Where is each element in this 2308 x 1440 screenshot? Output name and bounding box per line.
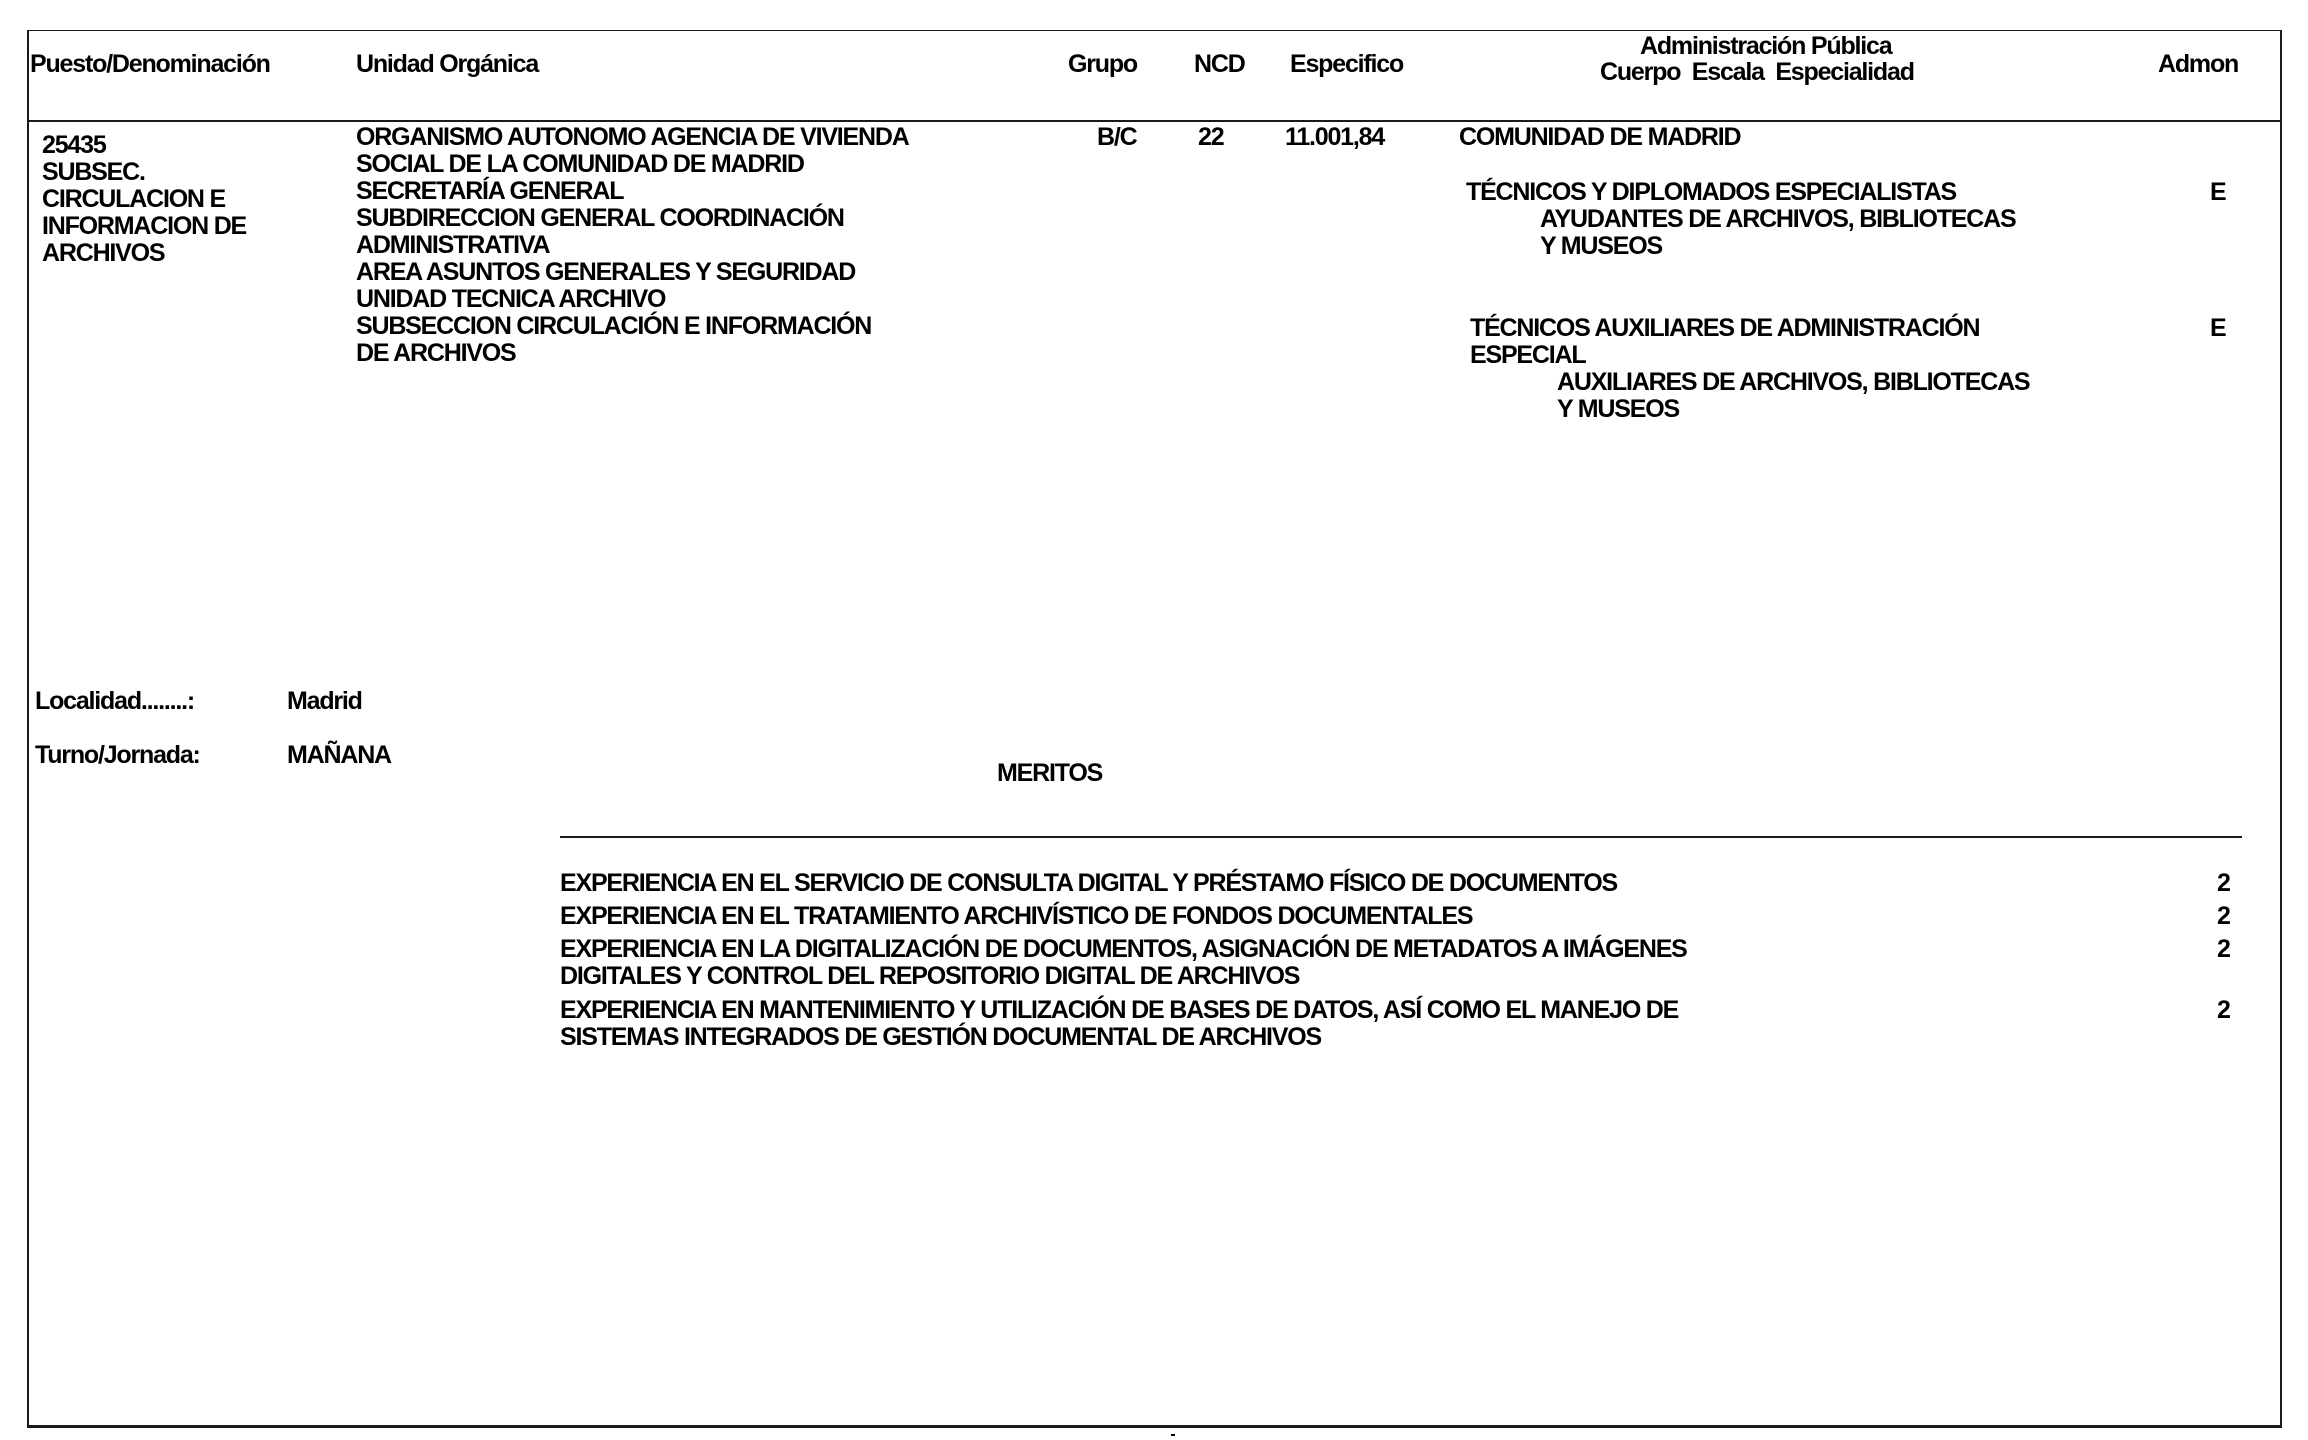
footer-mark [1171, 1434, 1175, 1436]
header-grupo: Grupo [1068, 50, 1137, 79]
header-admin-line2: Cuerpo Escala Especialidad [1600, 58, 1914, 87]
header-ncd: NCD [1194, 50, 1245, 79]
administracion-value: COMUNIDAD DE MADRID [1459, 124, 1740, 151]
header-divider [27, 120, 2282, 122]
turno-value: MAÑANA [287, 742, 391, 769]
turno-label: Turno/Jornada: [35, 742, 200, 769]
meritos-title: MERITOS [997, 760, 1102, 787]
merito-points: 2 [2217, 903, 2230, 930]
header-unidad: Unidad Orgánica [356, 50, 538, 79]
localidad-value: Madrid [287, 688, 362, 715]
merito-item: EXPERIENCIA EN EL SERVICIO DE CONSULTA D… [560, 870, 1617, 897]
merito-item: EXPERIENCIA EN LA DIGITALIZACIÓN DE DOCU… [560, 936, 1687, 990]
header-especifico: Especifico [1290, 50, 1403, 79]
grupo-value: B/C [1097, 124, 1136, 151]
especialidad-1: AYUDANTES DE ARCHIVOS, BIBLIOTECAS Y MUS… [1540, 206, 2015, 260]
merito-points: 2 [2217, 997, 2230, 1024]
merito-points: 2 [2217, 870, 2230, 897]
ncd-value: 22 [1198, 124, 1223, 151]
admon-1: E [2210, 179, 2225, 206]
puesto-cell: 25435 SUBSEC. CIRCULACION E INFORMACION … [42, 132, 246, 267]
localidad-label: Localidad........: [35, 688, 194, 715]
meritos-divider [560, 836, 2242, 838]
cuerpo-1: TÉCNICOS Y DIPLOMADOS ESPECIALISTAS [1466, 179, 1956, 206]
especifico-value: 11.001,84 [1285, 124, 1384, 151]
header-admon: Admon [2158, 50, 2238, 79]
cuerpo-2: TÉCNICOS AUXILIARES DE ADMINISTRACIÓN ES… [1470, 315, 1979, 369]
merito-item: EXPERIENCIA EN MANTENIMIENTO Y UTILIZACI… [560, 997, 1678, 1051]
admon-2: E [2210, 315, 2225, 342]
especialidad-2: AUXILIARES DE ARCHIVOS, BIBLIOTECAS Y MU… [1557, 369, 2029, 423]
merito-item: EXPERIENCIA EN EL TRATAMIENTO ARCHIVÍSTI… [560, 903, 1472, 930]
unidad-cell: ORGANISMO AUTONOMO AGENCIA DE VIVIENDA S… [356, 124, 909, 367]
header-puesto: Puesto/Denominación [30, 50, 270, 79]
header-admin-line1: Administración Pública [1640, 32, 1891, 61]
merito-points: 2 [2217, 936, 2230, 963]
